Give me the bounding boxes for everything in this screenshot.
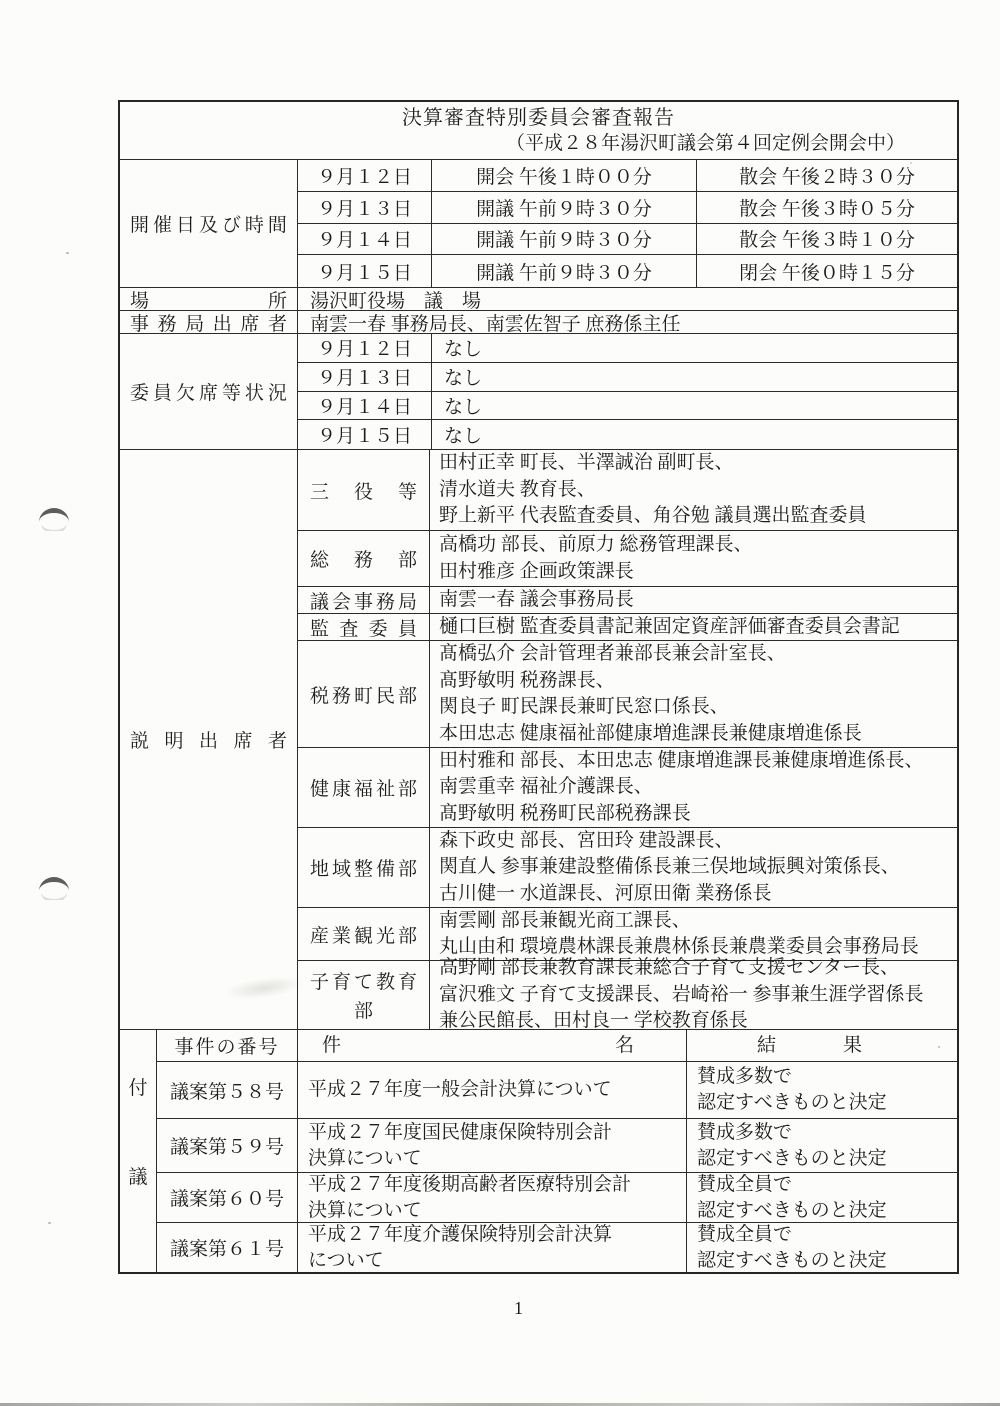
attendee-line: 野上新平 代表監査委員、角谷勉 議員選出監査委員	[439, 503, 957, 530]
schedule-close-time: 閉会 午後０時１５分	[697, 255, 957, 287]
absence-value: なし	[432, 392, 957, 420]
attendee-line: 田村雅和 部長、本田忠志 健康増進課長兼健康増進係長、	[439, 748, 957, 775]
agenda-case-number: 議案第５８号	[157, 1062, 298, 1118]
schedule-date: ９月１４日	[298, 224, 432, 255]
punch-hole-icon	[36, 870, 72, 900]
attendee-line: 関良子 町民課長兼町民窓口係長、	[439, 694, 957, 721]
attendee-line: 田村雅彦 企画政策課長	[439, 559, 957, 586]
agenda-result: 賛成全員で 認定すべきものと決定	[687, 1223, 957, 1272]
attendee-names: 田村雅和 部長、本田忠志 健康増進課長兼健康増進係長、 南雲重幸 福祉介護課長、…	[430, 748, 957, 827]
attendee-line: 古川健一 水道課長、河原田衛 業務係長	[439, 881, 957, 908]
schedule-row: ９月１２日 開会 午後１時００分 散会 午後２時３０分	[298, 160, 957, 192]
agenda-side-label: 付議	[120, 1030, 157, 1272]
attendee-group: 三役等 田村正幸 町長、半澤誠治 副町長、 清水道夫 教育長、 野上新平 代表監…	[298, 450, 957, 531]
dept-label: 地域整備部	[310, 854, 417, 881]
dept-label: 三役等	[310, 477, 417, 504]
agenda-case-name-line: 平成２７年度介護保険特別会計決算	[308, 1222, 686, 1248]
dept-label-cell: 産業観光部	[298, 908, 430, 960]
agenda-result-line: 賛成全員で	[697, 1222, 957, 1248]
punch-hole-icon	[36, 501, 72, 531]
dept-label: 総務部	[310, 545, 417, 572]
schedule-label-cell: 開催日及び時間	[120, 160, 298, 287]
attendee-line: 髙橋弘介 会計管理者兼部長兼会計室長、	[439, 641, 957, 668]
punch-hole-crescent	[36, 501, 72, 531]
absence-value: なし	[432, 334, 957, 362]
agenda-row: 議案第５８号 平成２７年度一般会計決算について 賛成多数で 認定すべきものと決定	[157, 1062, 957, 1119]
dept-label-cell: 健康福祉部	[298, 748, 430, 827]
agenda-result-line: 賛成多数で	[697, 1064, 957, 1090]
agenda-band: 付議 事件の番号 件名 結果 議案第５８号 平成２７年度一般会計決算について	[120, 1030, 957, 1272]
attendee-names: 高野剛 部長兼教育課長兼総合子育て支援センター長、 富沢雅文 子育て支援課長、岩…	[430, 961, 957, 1029]
scanned-document-page: 決算審査特別委員会審査報告 （平成２８年湯沢町議会第４回定例会開会中） 開催日及…	[0, 0, 1000, 1406]
agenda-result-line: 認定すべきものと決定	[697, 1198, 957, 1224]
dept-label-cell: 税務町民部	[298, 641, 430, 747]
agenda-header-number: 事件の番号	[157, 1030, 298, 1061]
agenda-row: 議案第６１号 平成２７年度介護保険特別会計決算 について 賛成全員で 認定すべき…	[157, 1223, 957, 1272]
schedule-open-time: 開会 午後１時００分	[432, 160, 697, 191]
dept-label: 議会事務局	[310, 587, 417, 614]
schedule-rows: ９月１２日 開会 午後１時００分 散会 午後２時３０分 ９月１３日 開議 午前９…	[298, 160, 957, 287]
schedule-close-time: 散会 午後３時１０分	[697, 224, 957, 255]
absence-date: ９月１５日	[298, 420, 432, 449]
dept-label-line2: 部	[310, 996, 417, 1023]
agenda-case-name: 平成２７年度一般会計決算について	[298, 1062, 687, 1118]
schedule-open-time: 開議 午前９時３０分	[432, 255, 697, 287]
attendee-line: 髙野敏明 税務町民部税務課長	[439, 801, 957, 828]
absence-date: ９月１４日	[298, 392, 432, 420]
schedule-row: ９月１５日 開議 午前９時３０分 閉会 午後０時１５分	[298, 255, 957, 287]
agenda-result: 賛成多数で 認定すべきものと決定	[687, 1119, 957, 1172]
attendee-group: 議会事務局 南雲一春 議会事務局長	[298, 587, 957, 614]
absence-label: 委員欠席等状況	[130, 378, 287, 405]
agenda-case-name-line: 平成２７年度後期高齢者医療特別会計	[308, 1172, 686, 1198]
absence-row: ９月１３日 なし	[298, 363, 957, 392]
attendees-label: 説明出席者	[130, 726, 287, 753]
agenda-result-line: 認定すべきものと決定	[697, 1090, 957, 1116]
attendee-line: 森下政史 部長、宮田玲 建設課長、	[439, 828, 957, 855]
attendee-names: 南雲一春 議会事務局長	[430, 587, 957, 613]
agenda-header-result: 結果	[687, 1030, 957, 1061]
schedule-row: ９月１３日 開議 午前９時３０分 散会 午後３時０５分	[298, 192, 957, 224]
attendee-group: 総務部 高橋功 部長、前原力 総務管理課長、 田村雅彦 企画政策課長	[298, 531, 957, 587]
agenda-result: 賛成多数で 認定すべきものと決定	[687, 1062, 957, 1118]
schedule-open-time: 開議 午前９時３０分	[432, 224, 697, 255]
absence-band: 委員欠席等状況 ９月１２日 なし ９月１３日 なし ９月１４日 なし ９月１５日…	[120, 334, 957, 450]
agenda-row: 議案第６０号 平成２７年度後期高齢者医療特別会計 決算について 賛成全員で 認定…	[157, 1173, 957, 1223]
attendees-band: 説明出席者 三役等 田村正幸 町長、半澤誠治 副町長、 清水道夫 教育長、 野上…	[120, 450, 957, 1030]
agenda-case-number: 議案第５９号	[157, 1119, 298, 1172]
absence-row: ９月１４日 なし	[298, 392, 957, 421]
agenda-row: 議案第５９号 平成２７年度国民健康保険特別会計 決算について 賛成多数で 認定す…	[157, 1119, 957, 1173]
absence-value: なし	[432, 420, 957, 449]
attendee-group: 監査委員 樋口巨樹 監査委員書記兼固定資産評価審査委員会書記	[298, 614, 957, 641]
agenda-case-number: 議案第６１号	[157, 1223, 298, 1272]
punch-hole-crescent	[36, 870, 72, 900]
absence-rows: ９月１２日 なし ９月１３日 なし ９月１４日 なし ９月１５日 なし	[298, 334, 957, 449]
dept-label-cell: 監査委員	[298, 614, 430, 640]
secretariat-label: 事務局出席者	[130, 309, 287, 336]
schedule-band: 開催日及び時間 ９月１２日 開会 午後１時００分 散会 午後２時３０分 ９月１３…	[120, 160, 957, 288]
attendee-group: 地域整備部 森下政史 部長、宮田玲 建設課長、 関直人 参事兼建設整備係長兼三俣…	[298, 828, 957, 908]
agenda-header-name-text: 件名	[308, 1033, 686, 1059]
schedule-row: ９月１４日 開議 午前９時３０分 散会 午後３時１０分	[298, 224, 957, 256]
schedule-label: 開催日及び時間	[130, 210, 287, 237]
report-title: 決算審査特別委員会審査報告	[120, 106, 957, 131]
absence-label-cell: 委員欠席等状況	[120, 334, 298, 449]
attendee-line: 関直人 参事兼建設整備係長兼三俣地域振興対策係長、	[439, 854, 957, 881]
attendee-names: 田村正幸 町長、半澤誠治 副町長、 清水道夫 教育長、 野上新平 代表監査委員、…	[430, 450, 957, 530]
attendee-names: 高橋功 部長、前原力 総務管理課長、 田村雅彦 企画政策課長	[430, 531, 957, 586]
attendee-line: 高橋功 部長、前原力 総務管理課長、	[439, 532, 957, 559]
schedule-date: ９月１３日	[298, 192, 432, 223]
report-subtitle: （平成２８年湯沢町議会第４回定例会開会中）	[120, 131, 957, 156]
attendee-line: 南雲重幸 福祉介護課長、	[439, 774, 957, 801]
agenda-result: 賛成全員で 認定すべきものと決定	[687, 1173, 957, 1222]
agenda-case-name: 平成２７年度介護保険特別会計決算 について	[298, 1223, 687, 1272]
agenda-rows: 事件の番号 件名 結果 議案第５８号 平成２７年度一般会計決算について 賛成多数…	[157, 1030, 957, 1272]
scan-speck	[938, 1046, 940, 1048]
attendee-line: 田村正幸 町長、半澤誠治 副町長、	[439, 450, 957, 477]
scan-speck	[66, 252, 69, 254]
page-number: 1	[514, 1298, 523, 1319]
absence-date: ９月１２日	[298, 334, 432, 362]
agenda-result-line: 認定すべきものと決定	[697, 1146, 957, 1172]
dept-label-cell: 総務部	[298, 531, 430, 586]
agenda-case-name: 平成２７年度国民健康保険特別会計 決算について	[298, 1119, 687, 1172]
agenda-case-name-line: 決算について	[308, 1146, 686, 1172]
attendees-groups: 三役等 田村正幸 町長、半澤誠治 副町長、 清水道夫 教育長、 野上新平 代表監…	[298, 450, 957, 1029]
dept-label: 監査委員	[310, 614, 417, 641]
attendee-group: 産業観光部 南雲剛 部長兼観光商工課長、 丸山由和 環境農林課長兼農林係長兼農業…	[298, 908, 957, 961]
agenda-case-name-line: 平成２７年度一般会計決算について	[308, 1077, 686, 1103]
absence-row: ９月１２日 なし	[298, 334, 957, 363]
title-cell: 決算審査特別委員会審査報告 （平成２８年湯沢町議会第４回定例会開会中）	[120, 102, 957, 160]
attendee-group: 税務町民部 髙橋弘介 会計管理者兼部長兼会計室長、 髙野敏明 税務課長、 関良子…	[298, 641, 957, 748]
attendees-label-cell: 説明出席者	[120, 450, 298, 1029]
agenda-result-line: 認定すべきものと決定	[697, 1248, 957, 1274]
dept-label-cell: 地域整備部	[298, 828, 430, 907]
schedule-date: ９月１５日	[298, 255, 432, 287]
agenda-case-name: 平成２７年度後期高齢者医療特別会計 決算について	[298, 1173, 687, 1222]
schedule-date: ９月１２日	[298, 160, 432, 191]
absence-date: ９月１３日	[298, 363, 432, 391]
agenda-result-line: 賛成多数で	[697, 1120, 957, 1146]
attendee-names: 森下政史 部長、宮田玲 建設課長、 関直人 参事兼建設整備係長兼三俣地域振興対策…	[430, 828, 957, 907]
absence-row: ９月１５日 なし	[298, 420, 957, 449]
agenda-header-name: 件名	[298, 1030, 687, 1061]
attendee-line: 樋口巨樹 監査委員書記兼固定資産評価審査委員会書記	[439, 614, 957, 641]
attendee-names: 樋口巨樹 監査委員書記兼固定資産評価審査委員会書記	[430, 614, 957, 640]
schedule-close-time: 散会 午後２時３０分	[697, 160, 957, 191]
dept-label-cell: 議会事務局	[298, 587, 430, 613]
dept-label: 子育て教育	[310, 967, 417, 994]
dept-label-cell: 子育て教育 部	[298, 961, 430, 1029]
dept-label: 産業観光部	[310, 921, 417, 948]
agenda-case-number: 議案第６０号	[157, 1173, 298, 1222]
place-label-cell: 場所	[120, 288, 298, 310]
attendee-line: 富沢雅文 子育て支援課長、岩崎裕一 参事兼生涯学習係長	[439, 982, 957, 1009]
place-value: 湯沢町役場 議 場	[298, 288, 957, 310]
secretariat-band: 事務局出席者 南雲一春 事務局長、南雲佐智子 庶務係主任	[120, 311, 957, 334]
agenda-case-name-line: 平成２７年度国民健康保険特別会計	[308, 1120, 686, 1146]
attendee-line: 南雲一春 議会事務局長	[439, 587, 957, 614]
secretariat-value: 南雲一春 事務局長、南雲佐智子 庶務係主任	[298, 311, 957, 333]
schedule-open-time: 開議 午前９時３０分	[432, 192, 697, 223]
attendee-group: 健康福祉部 田村雅和 部長、本田忠志 健康増進課長兼健康増進係長、 南雲重幸 福…	[298, 748, 957, 828]
attendee-group: 子育て教育 部 高野剛 部長兼教育課長兼総合子育て支援センター長、 富沢雅文 子…	[298, 961, 957, 1029]
report-table: 決算審査特別委員会審査報告 （平成２８年湯沢町議会第４回定例会開会中） 開催日及…	[118, 100, 959, 1274]
dept-label: 税務町民部	[310, 681, 417, 708]
attendee-line: 高野剛 部長兼教育課長兼総合子育て支援センター長、	[439, 955, 957, 982]
secretariat-label-cell: 事務局出席者	[120, 311, 298, 333]
attendee-line: 髙野敏明 税務課長、	[439, 668, 957, 695]
schedule-close-time: 散会 午後３時０５分	[697, 192, 957, 223]
attendee-line: 南雲剛 部長兼観光商工課長、	[439, 908, 957, 935]
dept-label: 健康福祉部	[310, 774, 417, 801]
attendee-line: 本田忠志 健康福祉部健康増進課長兼健康増進係長	[439, 721, 957, 748]
dept-label-cell: 三役等	[298, 450, 430, 530]
attendee-names: 南雲剛 部長兼観光商工課長、 丸山由和 環境農林課長兼農林係長兼農業委員会事務局…	[430, 908, 957, 960]
attendee-names: 髙橋弘介 会計管理者兼部長兼会計室長、 髙野敏明 税務課長、 関良子 町民課長兼…	[430, 641, 957, 747]
agenda-case-name-line: 決算について	[308, 1198, 686, 1224]
attendee-line: 清水道夫 教育長、	[439, 477, 957, 504]
agenda-header-result-text: 結果	[697, 1033, 957, 1059]
agenda-header-row: 事件の番号 件名 結果	[157, 1030, 957, 1062]
agenda-result-line: 賛成全員で	[697, 1172, 957, 1198]
absence-value: なし	[432, 363, 957, 391]
scan-speck	[48, 1222, 51, 1224]
agenda-case-name-line: について	[308, 1248, 686, 1274]
scan-speck	[910, 162, 912, 164]
